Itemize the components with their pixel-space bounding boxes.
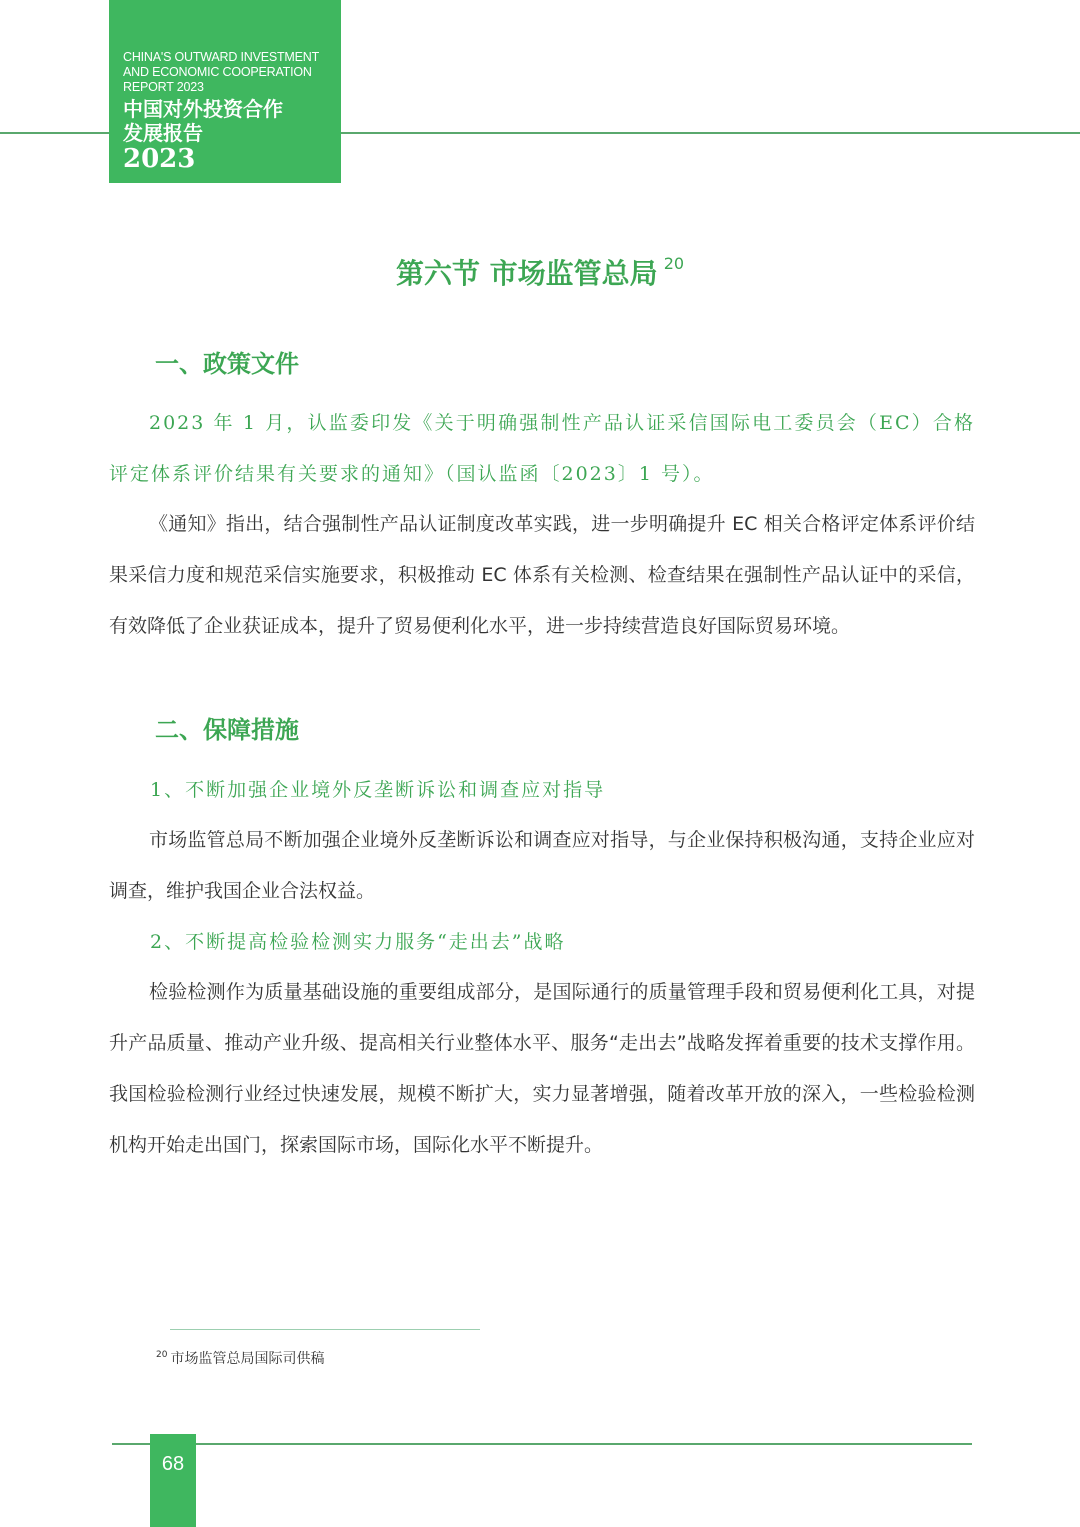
policy-lead-paragraph: 2023 年 1 月，认监委印发《关于明确强制性产品认证采信国际电工委员会（EC… — [109, 398, 975, 500]
report-title-cn-line: 发展报告 — [123, 121, 341, 145]
footnote: 20市场监管总局国际司供稿 — [156, 1348, 324, 1368]
subheading-inspection-testing: 2、不断提高检验检测实力服务“走出去”战略 — [150, 928, 566, 956]
report-title-en-line: REPORT 2023 — [123, 80, 341, 95]
footnote-ref[interactable]: 20 — [664, 254, 684, 273]
report-title-cn: 中国对外投资合作 发展报告 — [123, 97, 341, 145]
report-title-en: CHINA'S OUTWARD INVESTMENT AND ECONOMIC … — [123, 50, 341, 95]
heading-safeguard-measures: 二、保障措施 — [155, 714, 299, 746]
report-title-en-line: AND ECONOMIC COOPERATION — [123, 65, 341, 80]
policy-body-paragraph: 《通知》指出，结合强制性产品认证制度改革实践，进一步明确提升 EC 相关合格评定… — [109, 499, 975, 652]
antitrust-paragraph: 市场监管总局不断加强企业境外反垄断诉讼和调查应对指导，与企业保持积极沟通，支持企… — [109, 815, 975, 917]
footer-rule — [112, 1443, 972, 1445]
inspection-testing-paragraph: 检验检测作为质量基础设施的重要组成部分，是国际通行的质量管理手段和贸易便利化工具… — [109, 967, 975, 1171]
subheading-antitrust-guidance: 1、不断加强企业境外反垄断诉讼和调查应对指导 — [150, 776, 605, 804]
page-number: 68 — [162, 1453, 184, 1475]
section-title: 第六节 市场监管总局20 — [0, 244, 1080, 294]
footnote-text: 市场监管总局国际司供稿 — [170, 1351, 324, 1367]
report-title-en-line: CHINA'S OUTWARD INVESTMENT — [123, 50, 341, 65]
footnote-divider — [170, 1329, 480, 1330]
footnote-number: 20 — [156, 1350, 167, 1360]
heading-policy-documents: 一、政策文件 — [155, 348, 299, 380]
report-year: 2023 — [123, 145, 341, 173]
report-header-block: CHINA'S OUTWARD INVESTMENT AND ECONOMIC … — [109, 0, 341, 183]
section-title-text: 第六节 市场监管总局 — [396, 257, 658, 290]
page-number-tab: 68 — [150, 1434, 196, 1527]
report-title-cn-line: 中国对外投资合作 — [123, 97, 341, 121]
